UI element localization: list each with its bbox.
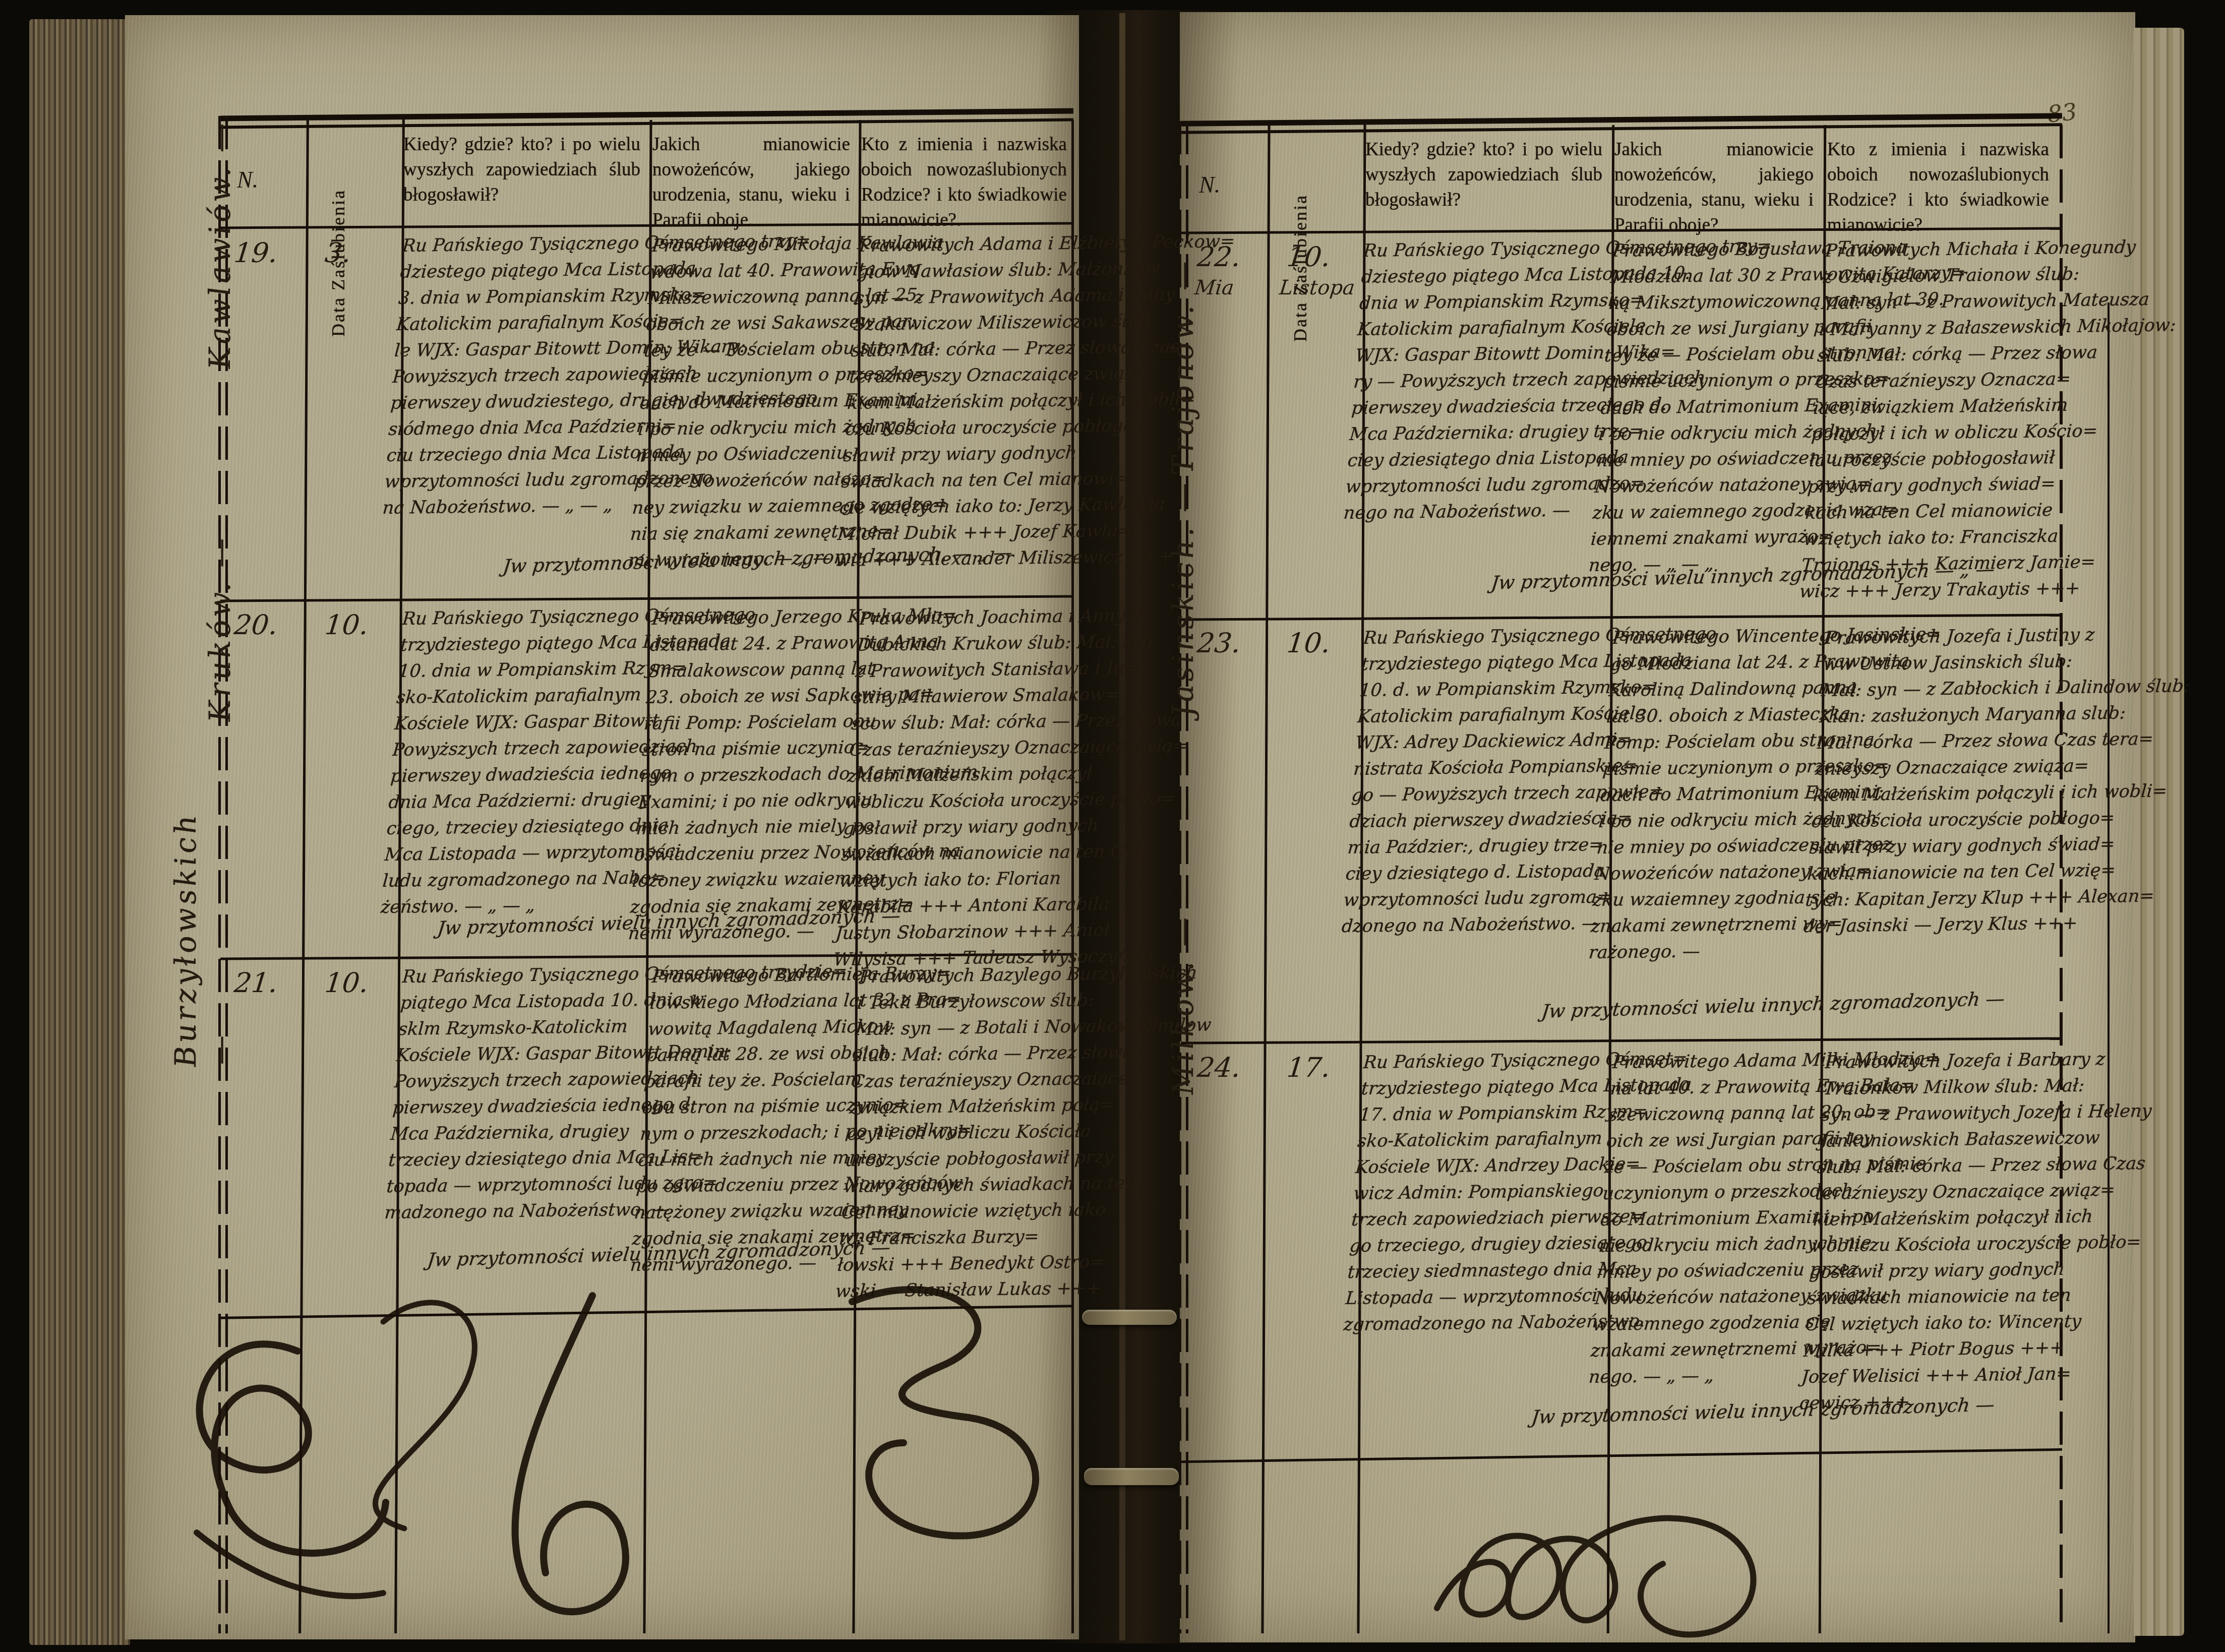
handwritten-line: Młodziana lat 30 z Prawowitą Katarzy= bbox=[1609, 262, 1823, 290]
handwritten-line: Prawowitego Adama Milki Młodzia= bbox=[1611, 1047, 1825, 1076]
handwritten-line: oich ze wsi Jurgian parafii tey bbox=[1605, 1126, 1819, 1154]
record-when: Ru Pańskiego Tysiącznego Ośmsetnego trzy… bbox=[382, 230, 656, 521]
handwritten-line: dziestego piątego Mca Listopada bbox=[399, 256, 653, 285]
handwritten-line: świadkach mianowicie na ten Cel bbox=[840, 839, 1059, 868]
handwritten-line: Mca Listopada — wprzytomności bbox=[384, 839, 638, 868]
handwritten-line: stron na piśmie uczynio= bbox=[641, 735, 855, 763]
handwritten-line: z Czwigielow Traionow ślub: bbox=[1822, 262, 2046, 290]
record-number: 20. bbox=[232, 609, 279, 641]
handwritten-line: 17. dnia w Pompianskim Rzym= bbox=[1358, 1099, 1612, 1128]
handwritten-line: kach na ten Cel mianowicie bbox=[1805, 498, 2028, 526]
margin-name: Burzyłowskich — bbox=[168, 791, 237, 1069]
handwritten-line: trzeciey dziesiątego dnia Mca Lis= bbox=[388, 1144, 642, 1174]
handwritten-line: Listopada — wprzytomności ludu bbox=[1345, 1282, 1599, 1312]
handwritten-line: Ru Pańskiego Tysiącznego Ośmsetnego trzy… bbox=[401, 230, 655, 259]
handwritten-line: Szakawiczow Miliszewiczow ślub: bbox=[852, 309, 1071, 338]
handwritten-line: pierwszey dwadzieścia trzeciego d. bbox=[1351, 392, 1605, 421]
handwritten-line: Prawowitych Jozefa i Justiny z bbox=[1824, 623, 2048, 651]
handwritten-line: dach do Matrimonium Examini; bbox=[1600, 393, 1814, 421]
handwritten-line: Prawowitych Michała i Konegundy bbox=[1824, 235, 2048, 264]
handwritten-line: sko-Katolickim parafialnym bbox=[1356, 1125, 1610, 1154]
handwritten-line: oświadczeniu przez Nowożeńców na bbox=[633, 839, 847, 868]
handwritten-line: mniey po oświadczeniu przez bbox=[1596, 1257, 1810, 1286]
handwritten-line: Mca Października, drugiey bbox=[390, 1118, 644, 1147]
handwritten-line: teraźnieyszy Oznaczaiące związ= bbox=[849, 361, 1067, 390]
handwritten-line: syn — z Prawowitych Jozefa i Heleny bbox=[1820, 1099, 2044, 1128]
handwritten-line: zkiem Małżeńskim połączył bbox=[847, 761, 1065, 789]
record-couple: Prawowitego Adama Milki Młodzia=na lat 4… bbox=[1588, 1047, 1825, 1390]
handwritten-line: Cel wziętych iako to: Wincenty bbox=[1805, 1309, 2028, 1338]
record-number: 21. bbox=[232, 967, 279, 999]
handwritten-line: czu Kościoła uroczyście pobłogo= bbox=[845, 414, 1063, 443]
record-couple: Prawowitego Mikołaja Kawlawiawdowa lat 4… bbox=[627, 230, 865, 574]
handwritten-line: oboich ze wsi Sakawszew par: bbox=[645, 309, 859, 338]
handwritten-line: Mał: syn — z Prawowitych Mateusza bbox=[1820, 288, 2044, 317]
handwritten-line: Czas teraźnieyszy Oznacza= bbox=[1815, 366, 2038, 395]
gutter-seam bbox=[1119, 13, 1125, 1640]
handwritten-line: ślub: Mał: córka — Przez słowa Czas bbox=[1816, 1152, 2040, 1181]
handwritten-line: nie mniey po oświadczeniu przez bbox=[1596, 445, 1810, 474]
margin-name: Milkow. — bbox=[1166, 857, 1200, 1096]
handwritten-line: ludu zgromadzonego na Nabo= bbox=[382, 865, 636, 894]
handwritten-line: łowskiego Młodziana lat 32 z Pra= bbox=[649, 988, 863, 1016]
handwritten-line: zku w zaiemnego zgodzenia wza= bbox=[1592, 498, 1806, 526]
header-q2-left: Jakich mianowicie nowożeńców, jakiego ur… bbox=[652, 132, 850, 233]
handwritten-line: go trzeciego, drugiey dziesiątego, bbox=[1349, 1230, 1603, 1259]
handwritten-line: piśmie uczynionym o przeszko= bbox=[641, 361, 855, 390]
header-q3-left: Kto z imienia i nazwiska oboich nowozaśl… bbox=[861, 132, 1067, 233]
handwritten-line: go — Powyższych trzech zapowie= bbox=[1351, 779, 1605, 809]
record-witnesses: Prawowitych Adama i Elżbiety z Peckow=gi… bbox=[834, 230, 1077, 574]
handwritten-line: Powyższych trzech zapowiedziach bbox=[392, 361, 646, 390]
handwritten-line: tey że — Pościelam obu stron na bbox=[643, 335, 857, 364]
handwritten-line: Examini; i po nie odkryciu bbox=[637, 787, 851, 816]
handwritten-line: nie odkryciu mich żadnych nie bbox=[1598, 1231, 1812, 1259]
handwritten-line: na Nabożeństwo. — „ — „ bbox=[382, 492, 636, 521]
handwritten-line: łożoney związku wzaiemney bbox=[631, 866, 845, 894]
handwritten-line: Klan: zasłużonych Maryanna slub: bbox=[1818, 701, 2042, 730]
handwritten-line: sklm Rzymsko-Katolickim bbox=[397, 1013, 651, 1043]
handwritten-line: przez Nowożeńców nałożo= bbox=[633, 466, 847, 495]
handwritten-line: wdowa lat 40. Prawowitą Ewą bbox=[649, 257, 863, 285]
handwritten-line: Powyższych trzech zapowiedziach bbox=[393, 1066, 647, 1095]
handwritten-line: uroczyście pobłogosławił przy bbox=[845, 1145, 1063, 1174]
record-number: 19. bbox=[232, 237, 279, 269]
handwritten-line: piśmie uczynionym o przeszko= bbox=[1602, 754, 1816, 782]
record-number: 22. bbox=[1195, 241, 1242, 273]
margin-name: Jasinskich. — bbox=[1166, 423, 1200, 718]
handwritten-line: nia się znakami zewnętrzne= bbox=[629, 519, 843, 547]
handwritten-line: ney związku w zaiemnego zgodze= bbox=[631, 493, 845, 521]
handwritten-line: sławił przy wiary godnych świad= bbox=[1809, 832, 2032, 861]
record-date: 10. bbox=[323, 967, 370, 999]
handwritten-line: pierwszey dwadzieścia iednego d: bbox=[392, 1092, 646, 1121]
handwritten-line: tey że — Pościelam obu stron na bbox=[1603, 340, 1817, 369]
handwritten-line: ła uroczyście pobłogosławił bbox=[1809, 445, 2032, 474]
header-q2-right: Jakich mianowicie nowożeńców, jakiego ur… bbox=[1614, 137, 1814, 238]
handwritten-line: związkiem Małżeńskim połą= bbox=[849, 1092, 1067, 1121]
handwritten-line: 23. oboich ze wsi Sapkowie pa= bbox=[645, 682, 859, 711]
handwritten-line: Nowożeńców natażoney związku bbox=[1594, 1283, 1808, 1312]
handwritten-line: madzonego na Nabożeństwo. — bbox=[384, 1197, 638, 1226]
record-date-sub: Listopa bbox=[1278, 276, 1356, 299]
handwritten-line: Kościele WJX: Gaspar Bitowtt Domin: bbox=[395, 1039, 649, 1069]
handwritten-line: Ru Pańskiego Tysiącznego Ośmsetnego trzy… bbox=[1362, 235, 1616, 264]
record-when: Ru Pańskiego Tysiącznego Ośmsetnego trzy… bbox=[384, 961, 656, 1226]
record-witnesses: Prawowitych Jozefa i Justiny zww Ustnow … bbox=[1802, 623, 2048, 940]
handwritten-line: znakami zewnętrznemi wy= bbox=[1590, 911, 1803, 940]
handwritten-line: wowitą Magdaleną Mickow bbox=[647, 1014, 861, 1043]
handwritten-line: Prawowitego Jerzego Kruka Mło= bbox=[651, 603, 865, 632]
handwritten-line: i po nie odkryciu mich żadnych bbox=[637, 414, 851, 443]
handwritten-line: połączył i ich w obliczu Kościo= bbox=[1811, 419, 2034, 448]
handwritten-line: topada — wprzytomności ludu zgro= bbox=[386, 1171, 640, 1200]
handwritten-line: Katolickim parafialnym Koście= bbox=[395, 309, 649, 338]
handwritten-line: Kościele WJX: Gaspar Bitowtt bbox=[393, 708, 647, 737]
handwritten-line: sko-Katolickim parafialnym bbox=[395, 682, 649, 711]
marriage-register-scan: 83 N. Data Zaślubienia Kiedy? gdzie? kto… bbox=[0, 0, 2225, 1652]
handwritten-line: do Matrimonium Examini; i po bbox=[1600, 1204, 1814, 1233]
handwritten-line: obu stron na piśmie uczynio= bbox=[641, 1092, 855, 1121]
record-when: Ru Pańskiego Tysiącznego Ośmset=trzydzie… bbox=[1343, 1047, 1617, 1338]
handwritten-line: pierwszey dwadzieścia iednego bbox=[390, 760, 644, 789]
header-date-left: Data Zaślubienia bbox=[328, 135, 349, 337]
handwritten-line: i Maryanny z Bałaszewskich Mikołajow: bbox=[1818, 314, 2042, 343]
handwritten-line: scow ślub: Mał: córka — Przez słowa bbox=[850, 708, 1069, 737]
handwritten-line: Ru Pańskiego Tysiącznego Ośmsetnego trzy… bbox=[401, 961, 655, 990]
ink-flourish bbox=[1422, 1482, 2077, 1648]
record-date: 17. bbox=[1285, 1052, 1332, 1083]
handwritten-line: le WJX: Gaspar Bitowtt Domin: Wikary: bbox=[393, 335, 647, 364]
handwritten-line: piątego Mca Listopada 10. dnia w bbox=[399, 987, 653, 1016]
handwritten-line: po oświadczeniu przez Nowożeńców bbox=[635, 1171, 849, 1200]
handwritten-line: wobliczu Kościoła uroczyście pobło= bbox=[845, 787, 1063, 816]
handwritten-line: dach do Matrimonium Examini; bbox=[639, 388, 853, 416]
record-date: 3. bbox=[323, 237, 352, 269]
record-couple: Prawowitego Bogusława TraionaMłodziana l… bbox=[1588, 235, 1825, 579]
record-number: 23. bbox=[1195, 627, 1242, 659]
handwritten-line: wprzytomności ludu zgromadzo= bbox=[1345, 471, 1599, 500]
handwritten-line: ciu trzeciego dnia Mca Listopada bbox=[386, 440, 640, 469]
handwritten-line: Pomp: Pościelam obu stron na bbox=[1603, 727, 1817, 756]
handwritten-line: świadkach na ten Cel mianowi= bbox=[840, 466, 1059, 495]
handwritten-line: 3. dnia w Pompianskim Rzymsko= bbox=[397, 282, 651, 312]
handwritten-line: Smalakowscow panną lat bbox=[647, 656, 861, 685]
record-couple: Prawowitego Jerzego Kruka Mło=dziana lat… bbox=[627, 603, 865, 947]
handwritten-line: Prawowitego Wincentego Jasinskie= bbox=[1611, 623, 1825, 651]
handwritten-line: mia Paździer:, drugiey trze= bbox=[1347, 832, 1601, 861]
handwritten-line: wziętych iako to: Franciszka bbox=[1802, 524, 2026, 553]
handwritten-line: gosławił przy wiary godnych bbox=[1809, 1257, 2032, 1286]
handwritten-line: ciego, trzeciey dziesiątego dnia bbox=[386, 813, 640, 842]
record-when: Ru Pańskiego Tysiącznego Ośmsetnegotrzyd… bbox=[1341, 622, 1616, 940]
handwritten-line: dach do Matrimonium Examini; bbox=[1600, 780, 1814, 809]
handwritten-line: oboich ze wsi Jurgiany parafii bbox=[1605, 314, 1819, 343]
header-q1-left: Kiedy? gdzie? kto? i po wielu wyszłych z… bbox=[403, 132, 640, 208]
handwritten-line: Traionkow Milkow ślub: Mał: bbox=[1822, 1073, 2046, 1102]
handwritten-line: wiary godnych świadkach na ten bbox=[843, 1171, 1061, 1200]
handwritten-line: ślub: Mał: córka — Przez słowa bbox=[852, 1040, 1071, 1069]
handwritten-line: wprzytomności ludu zgromadzonego bbox=[384, 466, 638, 495]
handwritten-line: pierwszey dwudziestego, drugiey dwudzies… bbox=[390, 387, 644, 416]
handwritten-line: uczynionym o przeszkodach bbox=[1602, 1178, 1816, 1207]
handwritten-line: dziach pierwszey dwadzieścia= bbox=[1349, 806, 1603, 835]
ink-flourish bbox=[166, 1291, 1099, 1643]
margin-name: Kruków. — bbox=[203, 504, 237, 723]
handwritten-line: Czas teraźnieyszy Oznaczaiące zwią= bbox=[849, 735, 1067, 763]
handwritten-line: WJX: Gaspar Bitowtt Domin: Wika= bbox=[1354, 340, 1608, 369]
handwritten-line: Powyższych trzech zapowiedziach bbox=[392, 734, 646, 763]
handwritten-line: ślub: Mał: córką — Przez słowa bbox=[1816, 340, 2040, 369]
handwritten-line: lat 30. oboich z Miasteczka bbox=[1605, 701, 1819, 730]
page-stack-right-edge bbox=[2134, 28, 2184, 1636]
handwritten-line: Miliszewiczowną panną lat 25. bbox=[647, 283, 861, 312]
handwritten-line: Prawowitych Jozefa i Barbary z bbox=[1824, 1047, 2048, 1076]
record-couple: Prawowitego Wincentego Jasinskie=go Młod… bbox=[1588, 623, 1825, 966]
handwritten-line: 10. dnia w Pompianskim Rzym= bbox=[397, 655, 651, 685]
handwritten-line: natężoney związku wzaiemney bbox=[633, 1197, 847, 1226]
handwritten-line: wobliczu Kościoła uroczyście pobło= bbox=[1811, 1231, 2034, 1259]
handwritten-line: nistrata Kościoła Pompianskie= bbox=[1353, 753, 1607, 782]
record-couple: Prawowitego Bartłomieja Burzy=łowskiego … bbox=[629, 961, 865, 1278]
handwritten-line: zgromadzonego na Nabożeństwo. bbox=[1343, 1309, 1597, 1338]
handwritten-line: WJX: Adrey Dackiewicz Admi= bbox=[1354, 727, 1608, 756]
handwritten-line: cie wziętych iako to: Jerzy Kawlawia bbox=[838, 493, 1057, 521]
handwritten-line: że — Pościelam obu stron na piśmie bbox=[1603, 1152, 1817, 1181]
handwritten-line: trzech zapowiedziach pierwsze= bbox=[1351, 1204, 1605, 1233]
handwritten-line: Mca Października: drugiey trze= bbox=[1349, 418, 1603, 448]
handwritten-line: i Tekli Burzyłowscow ślub: bbox=[856, 988, 1075, 1016]
handwritten-line: Ru Pańskiego Tysiącznego Ośmset= bbox=[1362, 1047, 1616, 1076]
handwritten-line: trzydziestego piątego Mca Listopada bbox=[399, 629, 653, 658]
handwritten-line: ww Ustnow Jasinskich ślub: bbox=[1822, 649, 2046, 678]
handwritten-line: Nowożeńców natażoney zwią= bbox=[1594, 859, 1808, 887]
handwritten-line: Czas teraźnieyszy Oznaczaiące bbox=[850, 1066, 1069, 1095]
handwritten-line: przy wiary godnych świad= bbox=[1807, 471, 2030, 500]
handwritten-line: czył i ich wobliczu Kościoła bbox=[847, 1119, 1065, 1147]
handwritten-line: 10. d. w Pompianskim Rzymsko= bbox=[1358, 675, 1612, 704]
handwritten-line: ciey dziesiątego d. Listopada bbox=[1345, 858, 1599, 887]
record-number: 24. bbox=[1195, 1052, 1242, 1083]
handwritten-line: siódmego dnia Mca Październi= bbox=[388, 413, 642, 443]
handwritten-line: znakami zewnętrznemi wyrażo= bbox=[1590, 1335, 1803, 1364]
handwritten-line: piśmie uczynionym o przeszko= bbox=[1602, 366, 1816, 395]
handwritten-line: giow Nawłasiow ślub: Małżonkow bbox=[856, 257, 1075, 285]
handwritten-line: wprzytomności ludu zgroma= bbox=[1343, 884, 1597, 913]
handwritten-line: Jankuniowskich Bałaszewiczow bbox=[1818, 1126, 2042, 1154]
handwritten-line: Prawowitych Adama i Elżbiety z Peckow= bbox=[858, 230, 1077, 259]
handwritten-line: wzaiemnego zgodzenia się bbox=[1592, 1309, 1806, 1338]
handwritten-line: Katolickim parafialnym Kościele bbox=[1356, 314, 1610, 343]
margin-name: Kawlawiów. — bbox=[203, 116, 237, 371]
handwritten-line: tych: Kapitan Jerzy Klup +++ Alexan= bbox=[1805, 885, 2028, 913]
header-q3-right: Kto z imienia i nazwiska oboich nowozaśl… bbox=[1827, 137, 2049, 238]
header-q1-right: Kiedy? gdzie? kto? i po wielu wyszłych z… bbox=[1365, 137, 1602, 213]
handwritten-line: czu Kościoła uroczyście pobłogo= bbox=[1811, 806, 2034, 835]
record-when: Ru Pańskiego Tysiącznego Ośmsetnego trzy… bbox=[1343, 235, 1617, 526]
handwritten-line: dnia w Pompianskim Rzymsko= bbox=[1358, 287, 1612, 317]
record-witnesses: Prawowitych Jozefa i Barbary zTraionkow … bbox=[1798, 1047, 2048, 1417]
handwritten-line: Milka +++ Piotr Bogus +++ bbox=[1802, 1335, 2026, 1364]
handwritten-line: kiem Małżeńskim połączył i ich bbox=[1813, 1204, 2036, 1233]
handwritten-line: rafii Pomp: Pościelam obu bbox=[643, 708, 857, 737]
header-n-right: N. bbox=[1199, 171, 1220, 198]
handwritten-line: nie mniey po oświadczeniu przez bbox=[1596, 832, 1810, 861]
handwritten-line: Jozef Welisici +++ Anioł Jan= bbox=[1800, 1362, 2024, 1390]
page-stack-left-edge bbox=[29, 19, 130, 1645]
handwritten-line: trzydziestego piątego Mca Listopada bbox=[1360, 648, 1614, 678]
handwritten-line: Nowożeńców natażoney zwią= bbox=[1594, 471, 1808, 500]
handwritten-line: sławił przy wiary godnych bbox=[843, 440, 1061, 469]
handwritten-line: kiem Małżeńskim połączyli i ich wobli= bbox=[1813, 780, 2036, 809]
handwritten-line: dziestego piątego Mca Listopada 10. bbox=[1360, 261, 1614, 290]
handwritten-line: ry — Powyższych trzech zapowiedziach bbox=[1353, 366, 1607, 395]
handwritten-line: wicz Admin: Pompianskiego bbox=[1353, 1178, 1607, 1207]
handwritten-line: Katolickim parafialnym Kościele bbox=[1356, 701, 1610, 730]
handwritten-line: stiny Milawierow Smalakow= bbox=[852, 682, 1071, 711]
handwritten-line: iemnemi znakami wyrażo= bbox=[1590, 524, 1803, 553]
handwritten-line: teraźnieyszy Oznaczaiące związ= bbox=[1815, 1178, 2038, 1207]
record-date: 10. bbox=[323, 609, 370, 641]
handwritten-line: Mał: syn — z Zabłockich i Dalindow ślub: bbox=[1820, 675, 2044, 704]
handwritten-line: nym o przeszkodach; i po nie odkry= bbox=[639, 1119, 853, 1147]
handwritten-line: gosławił przy wiary godnych bbox=[843, 813, 1061, 842]
handwritten-line: Mał: córka — Przez słowa Czas tera= bbox=[1816, 727, 2040, 756]
handwritten-line: ciu mich żadnych nie mniey bbox=[637, 1145, 851, 1174]
handwritten-line: szewiczowną panną lat 20. ob= bbox=[1607, 1099, 1821, 1128]
handwritten-line: iące, związkiem Małżeńskim bbox=[1813, 393, 2036, 421]
handwritten-line: Prawowitego Bartłomieja Burzy= bbox=[651, 961, 865, 990]
handwritten-line: dziana lat 24. z Prawowitą Anną bbox=[649, 630, 863, 658]
handwritten-line: wziętych iako to: Florian bbox=[838, 866, 1057, 894]
handwritten-line: na lat 40. z Prawowitą Ewą Bała= bbox=[1609, 1073, 1823, 1102]
handwritten-line: nego na Nabożeństwo. — bbox=[1343, 497, 1597, 526]
handwritten-line: mniey po Oświadczeniu bbox=[635, 440, 849, 469]
handwritten-line: parafii tey że. Pościelam bbox=[643, 1066, 857, 1095]
handwritten-line: świadkach mianowicie na ten bbox=[1807, 1283, 2030, 1312]
header-n-left: N. bbox=[237, 166, 258, 193]
handwritten-line: Karoliną Dalindowną panną bbox=[1607, 675, 1821, 704]
handwritten-line: zku wzaiemney zgodnia się bbox=[1592, 885, 1806, 913]
handwritten-line: źnieyszy Oznaczaiące związa= bbox=[1815, 754, 2038, 782]
record-date: 10. bbox=[1285, 241, 1332, 273]
handwritten-line: go Młodziana lat 24. z Prawowitą bbox=[1609, 649, 1823, 678]
record-when: Ru Pańskiego Tysiącznego Ośmsetnegotrzyd… bbox=[380, 603, 655, 921]
handwritten-line: ślub: Mał: córka — Przez słowa Czas bbox=[850, 335, 1069, 364]
handwritten-line: ną Miksztymowiczowną panną lat 30. bbox=[1607, 288, 1821, 317]
handwritten-line: Ru Pańskiego Tysiącznego Ośmsetnego bbox=[1362, 622, 1616, 651]
handwritten-line: Cel mianowicie wziętych iako bbox=[840, 1197, 1059, 1226]
handwritten-line: Prawowitego Mikołaja Kawlawia bbox=[651, 230, 865, 259]
handwritten-line: Mał: syn — z Botali i Nowakow Kimilow bbox=[854, 1014, 1073, 1043]
handwritten-line: i po nie odkryciu mich żadnych bbox=[1598, 806, 1812, 835]
handwritten-line: nym o przeszkodach do Matrimonium bbox=[639, 761, 853, 789]
handwritten-line: panną lat 28. ze wsi oboich bbox=[645, 1040, 859, 1069]
handwritten-line: dnia Mca Październi: drugiey bbox=[388, 786, 642, 816]
page-margin-line bbox=[2108, 302, 2110, 1633]
handwritten-line: i po nie odkryciu mich żadnych bbox=[1598, 419, 1812, 448]
record-witnesses: Prawowitych Michała i Konegundyz Czwigie… bbox=[1798, 235, 2048, 605]
handwritten-line: Prawowitych Bazylego Burzyłowskich bbox=[858, 961, 1077, 990]
record-date: 10. bbox=[1285, 627, 1332, 659]
handwritten-line: kiem Małżeńskim połączył i ich wobli= bbox=[847, 388, 1065, 416]
handwritten-line: trzeciey siedmnastego dnia Mca bbox=[1347, 1256, 1601, 1286]
handwritten-line: Prawowitych Joachima i Anny z bbox=[858, 603, 1077, 632]
handwritten-line: ciey dziesiątego dnia Listopada bbox=[1347, 445, 1601, 474]
handwritten-line: nego. — „ — „ bbox=[1588, 1362, 1801, 1390]
handwritten-line: Ru Pańskiego Tysiącznego Ośmsetnego bbox=[401, 603, 655, 632]
handwritten-line: rażonego. — bbox=[1588, 937, 1801, 966]
handwritten-line: syn — z Prawowitych Adama i Anny bbox=[854, 283, 1073, 312]
handwritten-line: Kościele WJX: Andrzey Dackie= bbox=[1354, 1151, 1608, 1181]
handwritten-line: Prawowitego Bogusława Traiona bbox=[1611, 235, 1825, 264]
handwritten-line: dzonego na Nabożeństwo. — bbox=[1341, 910, 1595, 940]
handwritten-line: kach mianowicie na ten Cel wzię= bbox=[1807, 859, 2030, 887]
handwritten-line: der Jasinski — Jerzy Klus +++ bbox=[1802, 911, 2026, 940]
handwritten-line: Dubickich Krukow ślub: Mał: syn bbox=[856, 630, 1075, 658]
handwritten-line: mich żadnych nie miely po bbox=[635, 813, 849, 842]
handwritten-line: trzydziestego piątego Mca Listopada bbox=[1360, 1073, 1614, 1102]
handwritten-line: z Prawowitych Stanisława i Ju= bbox=[854, 656, 1073, 685]
